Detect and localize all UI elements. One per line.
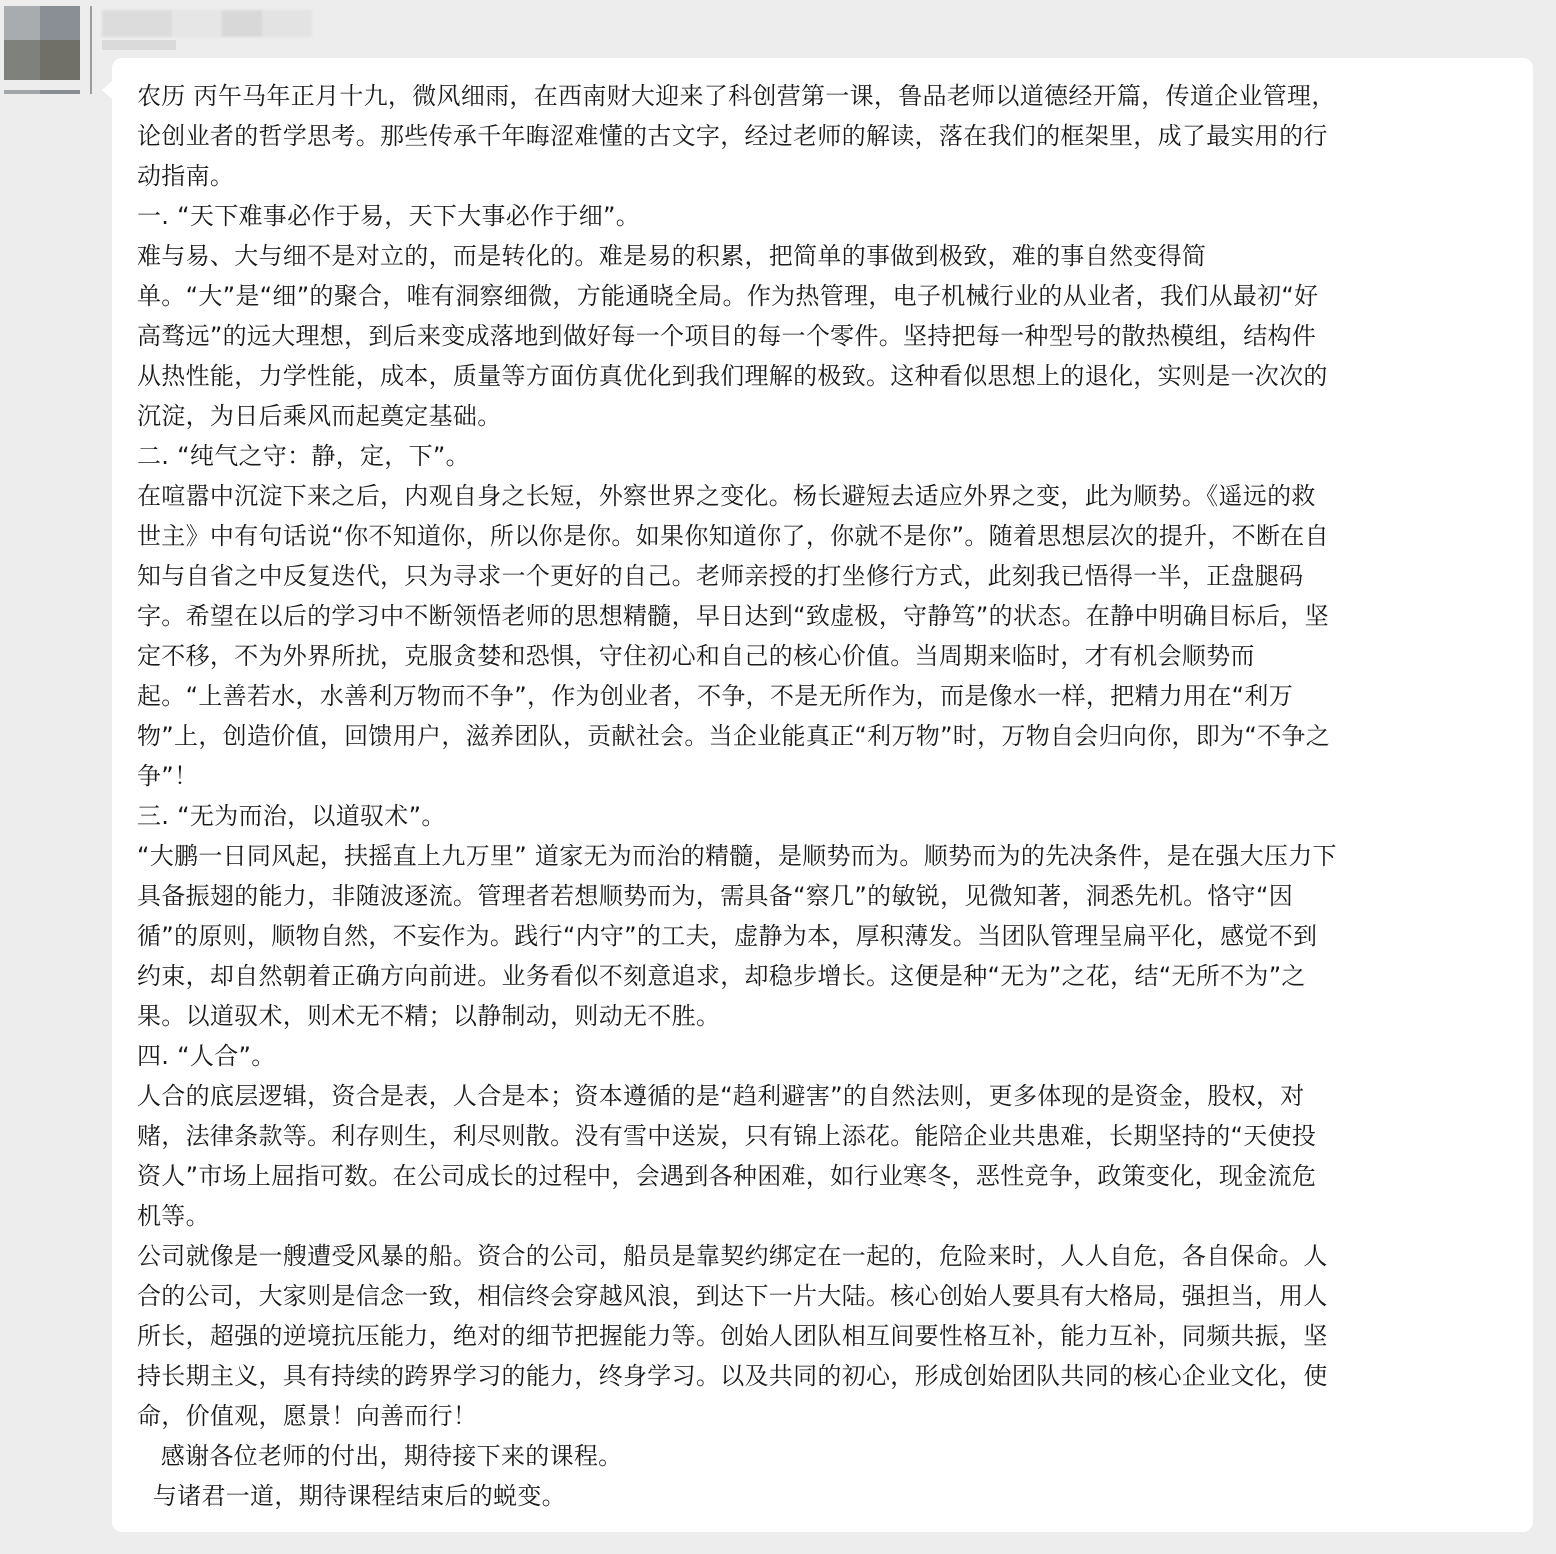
message-line: 赌，法律条款等。利存则生，利尽则散。没有雪中送炭，只有锦上添花。能陪企业共患难，… <box>137 1116 1509 1156</box>
message-line: 所长，超强的逆境抗压能力，绝对的细节把握能力等。创始人团队相互间要性格互补，能力… <box>137 1316 1509 1356</box>
message-line: 争”！ <box>137 756 1509 796</box>
closing-line: 与诸君一道，期待课程结束后的蜕变。 <box>137 1476 1509 1516</box>
sender-name-blurred <box>102 10 322 50</box>
message-line: 机等。 <box>137 1196 1509 1236</box>
message-line: 沉淀，为日后乘风而起奠定基础。 <box>137 396 1509 436</box>
message-line: 字。希望在以后的学习中不断领悟老师的思想精髓，早日达到“致虚极，守静笃”的状态。… <box>137 596 1509 636</box>
closing-line: 感谢各位老师的付出，期待接下来的课程。 <box>137 1436 1509 1476</box>
message-line: 物”上，创造价值，回馈用户，滋养团队，贡献社会。当企业能真正“利万物”时，万物自… <box>137 716 1509 756</box>
message-line: 世主》中有句话说“你不知道你，所以你是你。如果你知道你了，你就不是你”。随着思想… <box>137 516 1509 556</box>
message-line: 命，价值观，愿景！向善而行！ <box>137 1396 1509 1436</box>
avatar-pixel <box>40 40 80 80</box>
avatar-pixel <box>4 40 40 80</box>
section-heading: 二. “纯气之守：静，定，下”。 <box>137 436 1509 476</box>
message-line: 高骛远”的远大理想，到后来变成落地到做好每一个项目的每一个零件。坚持把每一种型号… <box>137 316 1509 356</box>
avatar-border <box>4 90 80 94</box>
message-line: 难与易、大与细不是对立的，而是转化的。难是易的积累，把简单的事做到极致，难的事自… <box>137 236 1509 276</box>
message-line: 具备振翅的能力，非随波逐流。管理者若想顺势而为，需具备“察几”的敏锐，见微知著，… <box>137 876 1509 916</box>
message-text: 农历 丙午马年正月十九，微风细雨，在西南财大迎来了科创营第一课，鲁品老师以道德经… <box>137 76 1509 1516</box>
blurred-name-text <box>102 10 312 37</box>
message-line: 公司就像是一艘遭受风暴的船。资合的公司，船员是靠契约绑定在一起的，危险来时，人人… <box>137 1236 1509 1276</box>
avatar-pixel <box>4 6 40 40</box>
message-line: 在喧嚣中沉淀下来之后，内观自身之长短，外察世界之变化。杨长避短去适应外界之变，此… <box>137 476 1509 516</box>
message-line: 单。“大”是“细”的聚合，唯有洞察细微，方能通晓全局。作为热管理，电子机械行业的… <box>137 276 1509 316</box>
message-line: 从热性能，力学性能，成本，质量等方面仿真优化到我们理解的极致。这种看似思想上的退… <box>137 356 1509 396</box>
message-line: 农历 丙午马年正月十九，微风细雨，在西南财大迎来了科创营第一课，鲁品老师以道德经… <box>137 76 1509 116</box>
divider <box>90 6 92 94</box>
section-heading: 三. “无为而治，以道驭术”。 <box>137 796 1509 836</box>
message-line: “大鹏一日同风起，扶摇直上九万里” 道家无为而治的精髓，是顺势而为。顺势而为的先… <box>137 836 1509 876</box>
blurred-name-subtext <box>102 40 176 50</box>
message-line: 动指南。 <box>137 156 1509 196</box>
message-line: 论创业者的哲学思考。那些传承千年晦涩难懂的古文字，经过老师的解读，落在我们的框架… <box>137 116 1509 156</box>
message-line: 起。“上善若水，水善利万物而不争”，作为创业者，不争，不是无所作为，而是像水一样… <box>137 676 1509 716</box>
message-line: 循”的原则，顺物自然，不妄作为。践行“内守”的工夫，虚静为本，厚积薄发。当团队管… <box>137 916 1509 956</box>
sender-avatar[interactable] <box>4 6 80 80</box>
message-line: 持长期主义，具有持续的跨界学习的能力，终身学习。以及共同的初心，形成创始团队共同… <box>137 1356 1509 1396</box>
section-heading: 一. “天下难事必作于易，天下大事必作于细”。 <box>137 196 1509 236</box>
message-line: 资人”市场上屈指可数。在公司成长的过程中，会遇到各种困难，如行业寒冬，恶性竞争，… <box>137 1156 1509 1196</box>
message-line: 果。以道驭术，则术无不精；以静制动，则动无不胜。 <box>137 996 1509 1036</box>
message-line: 人合的底层逻辑，资合是表，人合是本；资本遵循的是“趋利避害”的自然法则，更多体现… <box>137 1076 1509 1116</box>
message-bubble[interactable]: 农历 丙午马年正月十九，微风细雨，在西南财大迎来了科创营第一课，鲁品老师以道德经… <box>112 58 1533 1532</box>
bubble-tail <box>102 80 113 100</box>
avatar-pixel <box>40 6 80 40</box>
message-line: 知与自省之中反复迭代，只为寻求一个更好的自己。老师亲授的打坐修行方式，此刻我已悟… <box>137 556 1509 596</box>
message-line: 定不移，不为外界所扰，克服贪婪和恐惧，守住初心和自己的核心价值。当周期来临时，才… <box>137 636 1509 676</box>
message-line: 约束，却自然朝着正确方向前进。业务看似不刻意追求，却稳步增长。这便是种“无为”之… <box>137 956 1509 996</box>
section-heading: 四. “人合”。 <box>137 1036 1509 1076</box>
message-line: 合的公司，大家则是信念一致，相信终会穿越风浪，到达下一片大陆。核心创始人要具有大… <box>137 1276 1509 1316</box>
